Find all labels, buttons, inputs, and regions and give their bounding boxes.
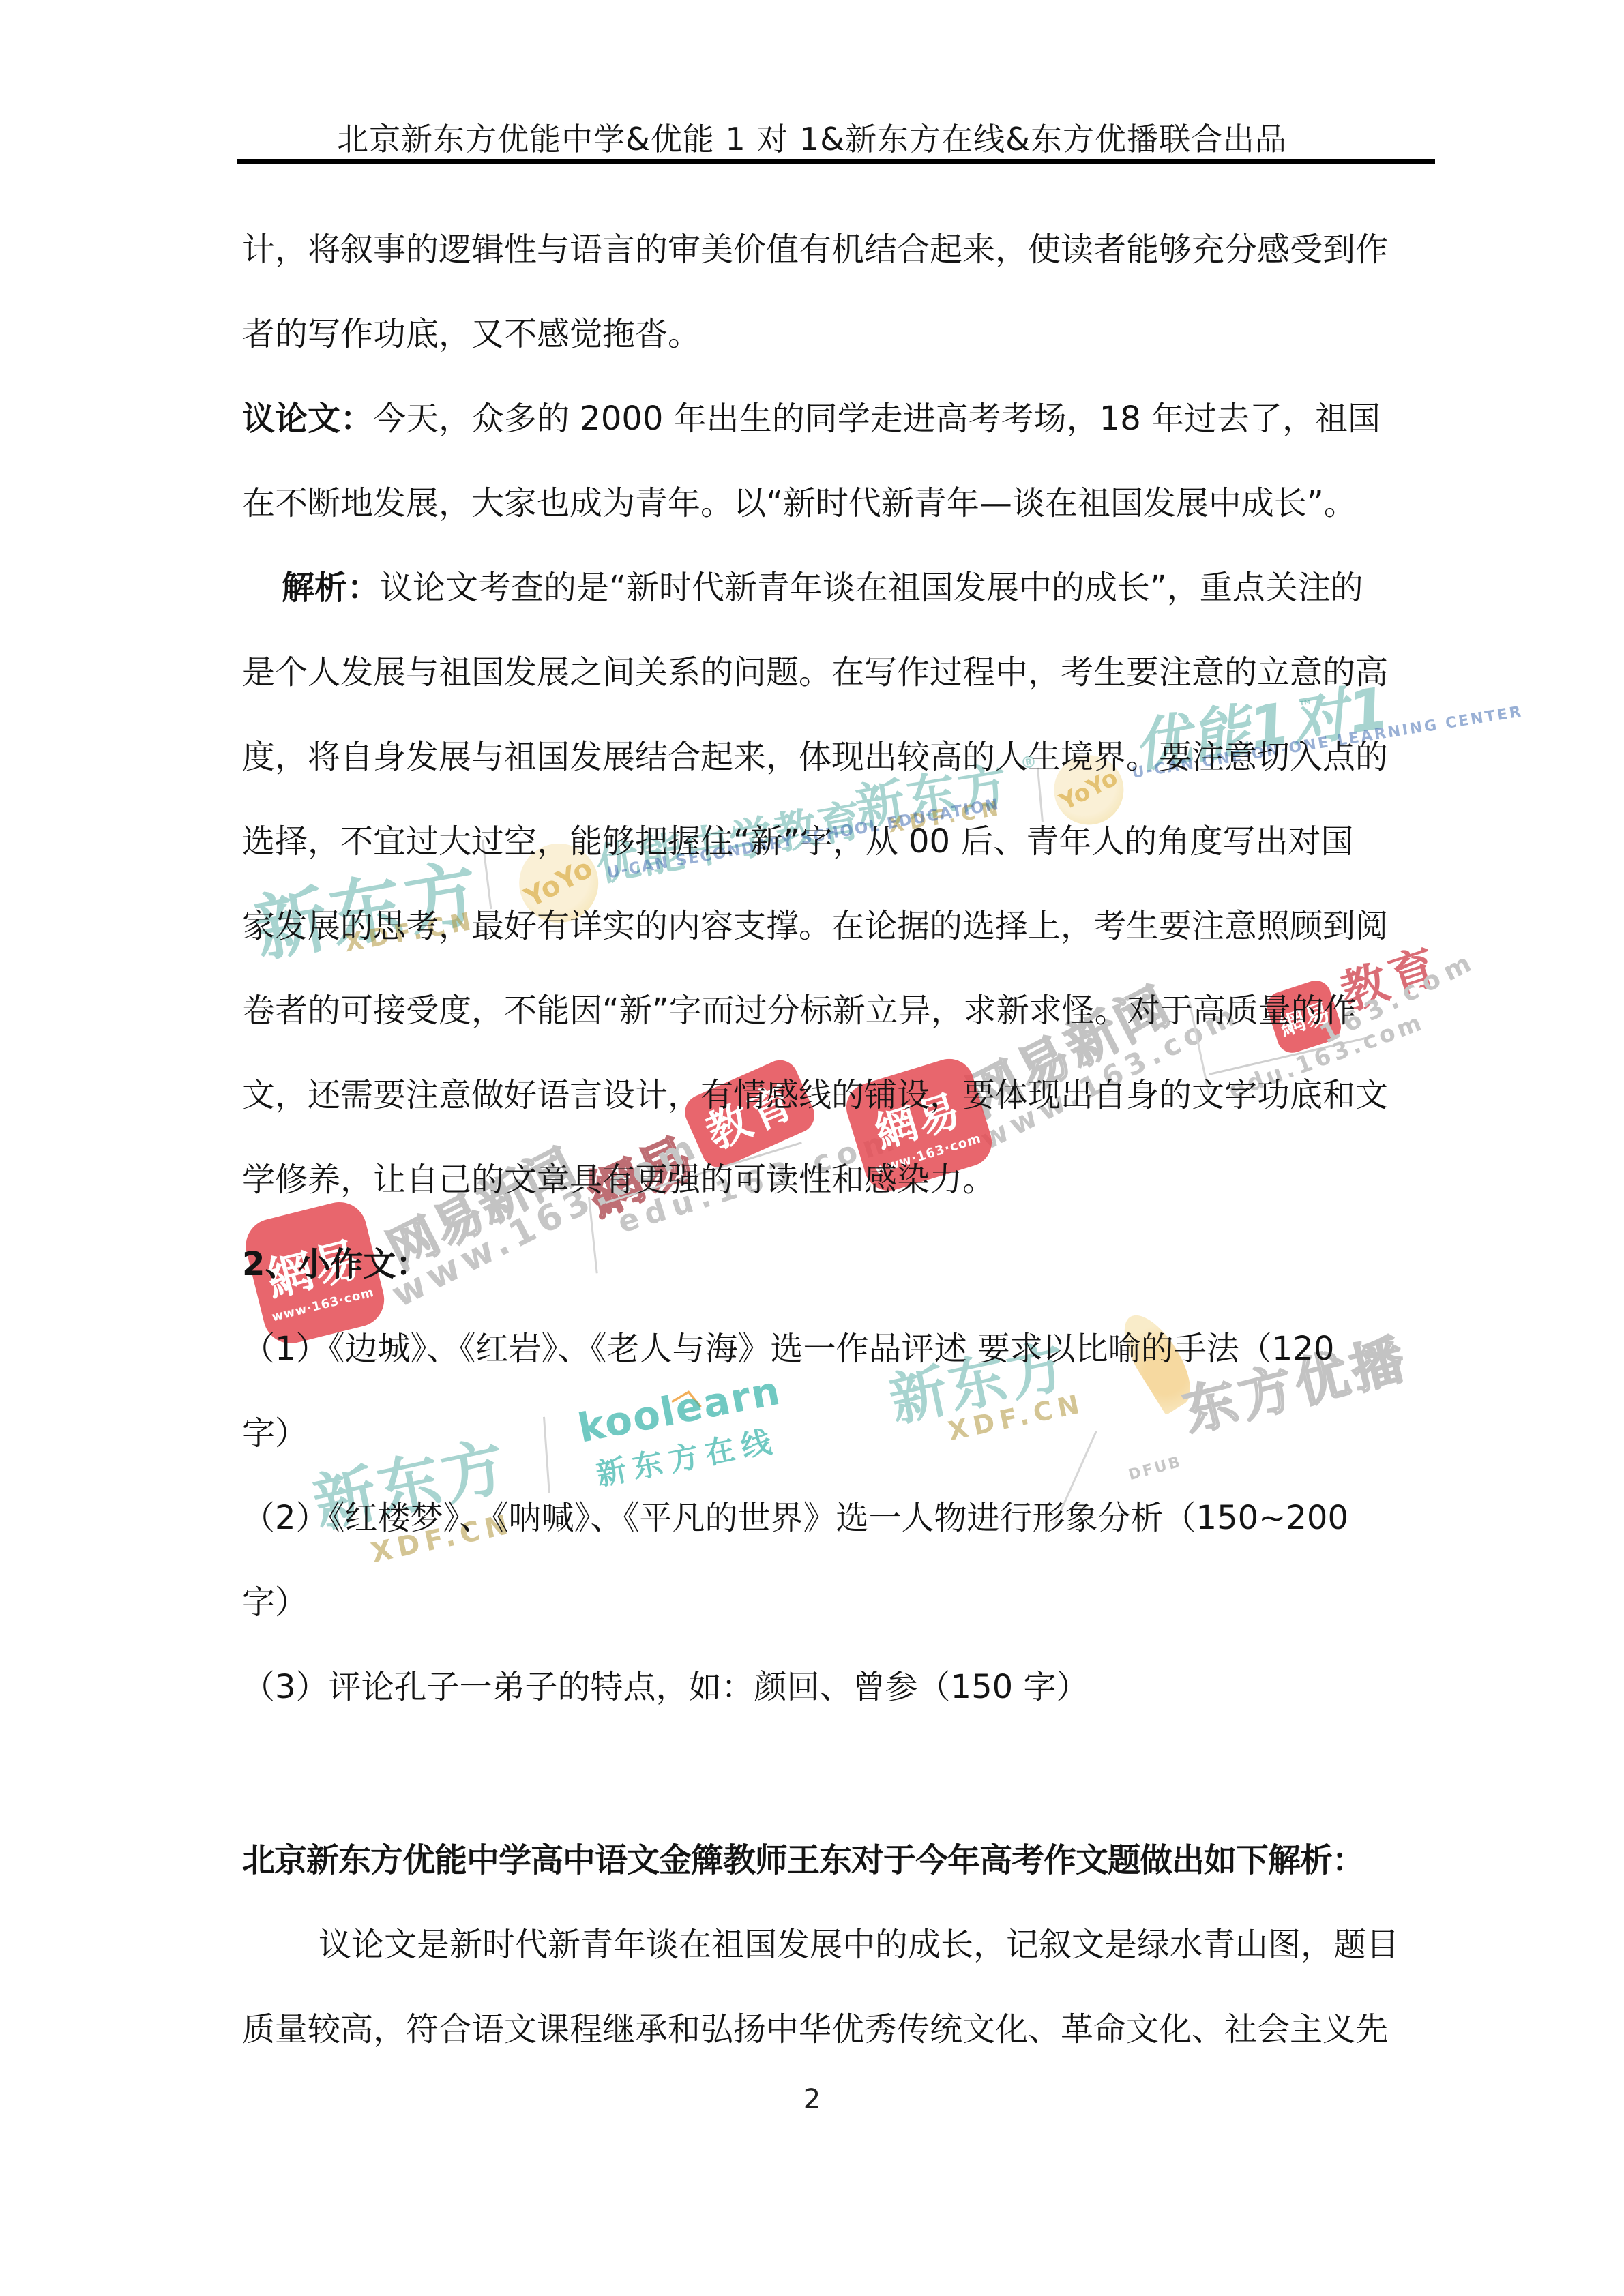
line-text: （3）评论孔子一弟子的特点，如：颜回、曾参（150 字） xyxy=(242,1668,1089,1706)
line-text: 字） xyxy=(242,1583,308,1622)
line-text: （1）《边城》、《红岩》、《老人与海》选一作品评述 要求以比喻的手法（120 xyxy=(242,1330,1334,1368)
page-header: 北京新东方优能中学&优能 1 对 1&新东方在线&东方优播联合出品 xyxy=(0,115,1624,160)
text-line: （1）《边城》、《红岩》、《老人与海》选一作品评述 要求以比喻的手法（120 xyxy=(242,1322,1415,1369)
line-text: 计，将叙事的逻辑性与语言的审美价值有机结合起来，使读者能够充分感受到作 xyxy=(242,230,1388,269)
line-bold-prefix: 2、小作文： xyxy=(242,1245,428,1283)
text-line: 字） xyxy=(242,1407,1415,1454)
text-line: 者的写作功底，又不感觉拖沓。 xyxy=(242,308,1415,355)
text-line: （3）评论孔子一弟子的特点，如：颜回、曾参（150 字） xyxy=(242,1660,1415,1708)
line-text: 字） xyxy=(242,1414,308,1452)
text-line: 议论文是新时代新青年谈在祖国发展中的成长，记叙文是绿水青山图，题目 xyxy=(242,1918,1492,1965)
text-line: 字） xyxy=(242,1576,1415,1623)
line-text: 议论文考查的是“新时代新青年谈在祖国发展中的成长”，重点关注的 xyxy=(380,569,1363,607)
text-line: 计，将叙事的逻辑性与语言的审美价值有机结合起来，使读者能够充分感受到作 xyxy=(242,223,1415,270)
dfub-code-text: DFUB xyxy=(1127,1453,1184,1484)
teacher-analysis-heading: 北京新东方优能中学高中语文金簰教师王东对于今年高考作文题做出如下解析： xyxy=(242,1834,1415,1881)
line-text: 议论文是新时代新青年谈在祖国发展中的成长，记叙文是绿水青山图，题目 xyxy=(319,1926,1399,1964)
koolearn-arrow-icon: 〈 xyxy=(665,1371,715,1410)
line-text: 今天，众多的 2000 年出生的同学走进高考考场，18 年过去了，祖国 xyxy=(373,400,1381,438)
line-text: 家发展的思考，最好有详实的内容支撑。在论据的选择上，考生要注意照顾到阅 xyxy=(242,907,1388,945)
page-number: 2 xyxy=(0,2084,1624,2115)
text-line: 质量较高，符合语文课程继承和弘扬中华优秀传统文化、革命文化、社会主义先 xyxy=(242,2003,1415,2050)
header-rule xyxy=(237,159,1435,164)
document-page: 新东方 ® XDF.CN YoYo 优能1对1 ™ U-CAN ONE-ON-O… xyxy=(0,0,1624,2296)
line-text: （2）《红楼梦》、《呐喊》、《平凡的世界》选一人物进行形象分析（150~200 xyxy=(242,1499,1348,1537)
trademark-icon: ™ xyxy=(1297,698,1315,717)
text-line: 是个人发展与祖国发展之间关系的问题。在写作过程中，考生要注意的立意的高 xyxy=(242,646,1415,693)
text-line: 学修养，让自己的文章具有更强的可读性和感染力。 xyxy=(242,1153,1415,1200)
line-bold-prefix: 解析： xyxy=(282,569,380,607)
line-text: 质量较高，符合语文课程继承和弘扬中华优秀传统文化、革命文化、社会主义先 xyxy=(242,2010,1388,2048)
text-line: （2）《红楼梦》、《呐喊》、《平凡的世界》选一人物进行形象分析（150~200 xyxy=(242,1491,1415,1538)
line-text: 卷者的可接受度，不能因“新”字而过分标新立异，求新求怪。对于高质量的作 xyxy=(242,992,1357,1030)
line-text: 是个人发展与祖国发展之间关系的问题。在写作过程中，考生要注意的立意的高 xyxy=(242,653,1388,691)
netease-logo-url: www·163·com xyxy=(270,1285,375,1325)
line-bold-prefix: 北京新东方优能中学高中语文金簰教师王东对于今年高考作文题做出如下解析： xyxy=(242,1841,1364,1879)
line-text: 学修养，让自己的文章具有更强的可读性和感染力。 xyxy=(242,1161,995,1199)
line-text: 在不断地发展，大家也成为青年。以“新时代新青年—谈在祖国发展中成长”。 xyxy=(242,484,1357,522)
line-text: 选择，不宜过大过空，能够把握住“新”字，从 00 后、青年人的角度写出对国 xyxy=(242,822,1353,861)
text-line: 度，将自身发展与祖国发展结合起来，体现出较高的人生境界。要注意切入点的 xyxy=(242,730,1415,777)
text-line: 文，还需要注意做好语言设计，有情感线的铺设，要体现出自身的文字功底和文 xyxy=(242,1069,1415,1116)
line-text: 文，还需要注意做好语言设计，有情感线的铺设，要体现出自身的文字功底和文 xyxy=(242,1076,1388,1114)
line-bold-prefix: 议论文： xyxy=(242,400,373,438)
line-text: 度，将自身发展与祖国发展结合起来，体现出较高的人生境界。要注意切入点的 xyxy=(242,738,1388,776)
text-line: 卷者的可接受度，不能因“新”字而过分标新立异，求新求怪。对于高质量的作 xyxy=(242,984,1415,1031)
line-text: 者的写作功底，又不感觉拖沓。 xyxy=(242,315,700,353)
text-line: 家发展的思考，最好有详实的内容支撑。在论据的选择上，考生要注意照顾到阅 xyxy=(242,899,1415,946)
text-line: 在不断地发展，大家也成为青年。以“新时代新青年—谈在祖国发展中成长”。 xyxy=(242,477,1415,524)
text-line: 议论文：今天，众多的 2000 年出生的同学走进高考考场，18 年过去了，祖国 xyxy=(242,392,1415,439)
section-heading: 2、小作文： xyxy=(242,1238,1415,1285)
text-line: 选择，不宜过大过空，能够把握住“新”字，从 00 后、青年人的角度写出对国 xyxy=(242,815,1415,862)
text-line: 解析：议论文考查的是“新时代新青年谈在祖国发展中的成长”，重点关注的 xyxy=(242,561,1455,608)
